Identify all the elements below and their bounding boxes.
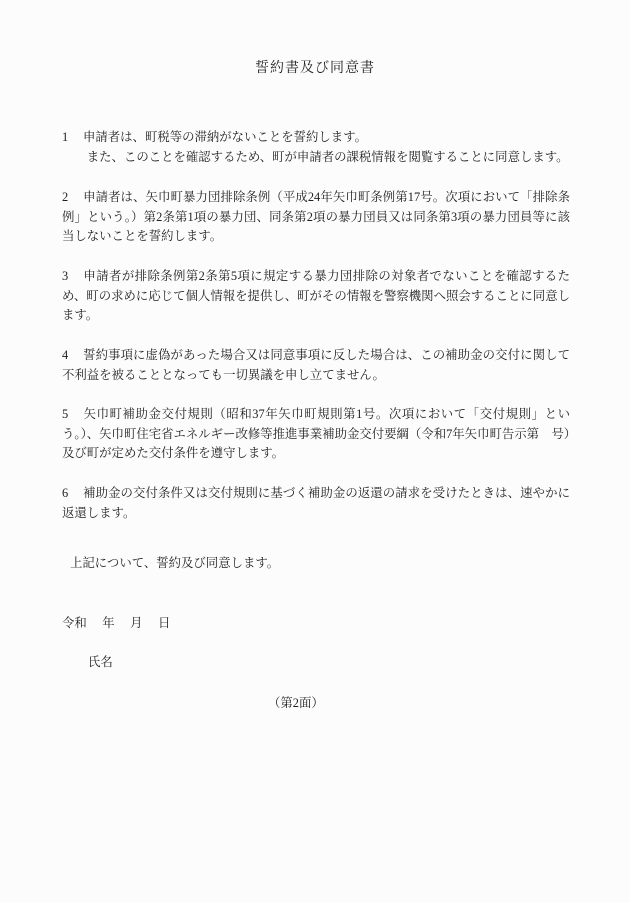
pledge-item-2: 2申請者は、矢巾町暴力団排除条例（平成24年矢巾町条例第17号。次項において「排… bbox=[62, 188, 570, 247]
page-marker: （第2面） bbox=[268, 694, 324, 714]
item-number: 1 bbox=[62, 128, 83, 148]
closing-statement: 上記について、誓約及び同意します。 bbox=[70, 554, 279, 574]
item-text: 申請者は、町税等の滞納がないことを誓約します。 また、このことを確認するため、町… bbox=[62, 130, 569, 164]
page-title: 誓約書及び同意書 bbox=[0, 59, 630, 79]
pledge-item-3: 3申請者が排除条例第2条第5項に規定する暴力団排除の対象者でないことを確認するた… bbox=[62, 267, 570, 326]
item-text: 申請者が排除条例第2条第5項に規定する暴力団排除の対象者でないことを確認するため… bbox=[62, 269, 570, 322]
item-text: 補助金の交付条件又は交付規則に基づく補助金の返還の請求を受けたときは、速やかに返… bbox=[62, 486, 570, 520]
pledge-item-6: 6補助金の交付条件又は交付規則に基づく補助金の返還の請求を受けたときは、速やかに… bbox=[62, 484, 570, 523]
name-field-label: 氏名 bbox=[88, 653, 113, 673]
pledge-item-5: 5矢巾町補助金交付規則（昭和37年矢巾町規則第1号。次項において「交付規則」とい… bbox=[62, 405, 570, 464]
item-number: 5 bbox=[62, 405, 83, 425]
item-number: 2 bbox=[62, 188, 83, 208]
item-number: 3 bbox=[62, 267, 83, 287]
pledge-item-4: 4誓約事項に虚偽があった場合又は同意事項に反した場合は、この補助金の交付に関して… bbox=[62, 346, 570, 385]
item-text: 誓約事項に虚偽があった場合又は同意事項に反した場合は、この補助金の交付に関して不… bbox=[62, 348, 570, 382]
item-number: 6 bbox=[62, 484, 83, 504]
pledge-item-1: 1申請者は、町税等の滞納がないことを誓約します。 また、このことを確認するため、… bbox=[62, 128, 570, 167]
item-number: 4 bbox=[62, 346, 83, 366]
date-line: 令和 年 月 日 bbox=[62, 614, 170, 634]
item-text: 矢巾町補助金交付規則（昭和37年矢巾町規則第1号。次項において「交付規則」という… bbox=[62, 407, 570, 460]
item-text: 申請者は、矢巾町暴力団排除条例（平成24年矢巾町条例第17号。次項において「排除… bbox=[62, 190, 570, 243]
